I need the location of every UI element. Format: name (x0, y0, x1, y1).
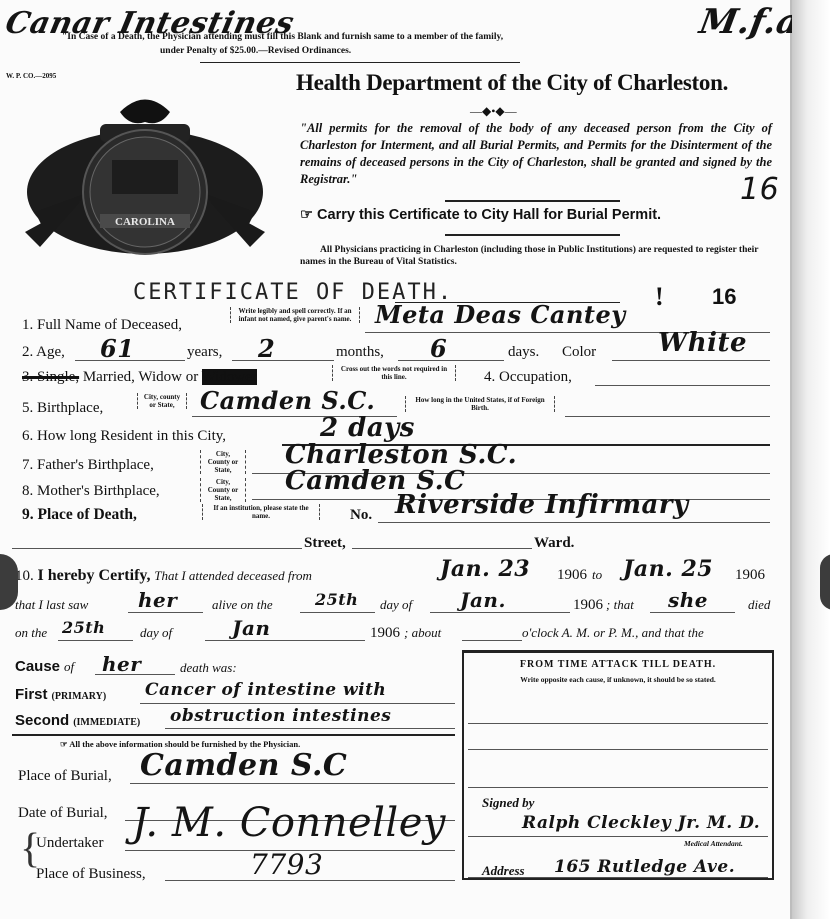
attended-from-date[interactable]: Jan. 23 (440, 556, 530, 582)
physicians-notice: All Physicians practicing in Charleston … (300, 244, 776, 268)
cause-label-row: Cause of (15, 658, 74, 676)
last-seen-month[interactable]: Jan. (460, 588, 506, 612)
time-attack-box: FROM TIME ATTACK TILL DEATH. Write oppos… (462, 650, 774, 880)
second-cause-label: Second (IMMEDIATE) (15, 712, 140, 730)
us-residence-hint: How long in the United States, if of For… (405, 396, 555, 412)
place-of-death-hint: If an institution, please state the name… (202, 504, 320, 520)
marital-rest: Married, Widow or (83, 369, 198, 385)
certify-text-2: that I last saw (15, 597, 88, 613)
age-years-value[interactable]: 61 (100, 334, 134, 363)
father-birthplace-label: 7. Father's Birthplace, (22, 457, 154, 474)
certify-heading: I hereby Certify, (38, 567, 151, 584)
pronoun-2[interactable]: she (668, 588, 708, 612)
first-cause-line (140, 703, 455, 704)
day-of-text-1: day of (380, 597, 412, 613)
residence-value[interactable]: 2 days (320, 413, 415, 443)
second-cause-line (165, 728, 455, 729)
year-2: 1906 (735, 567, 765, 584)
marital-hint: Cross out the words not required in this… (332, 365, 456, 381)
cause-of: of (64, 659, 74, 674)
attended-to-date[interactable]: Jan. 25 (623, 556, 713, 582)
box-line-2 (468, 749, 768, 750)
certify-text-1: That I attended deceased from (154, 568, 312, 583)
carry-rule (445, 234, 620, 236)
ward-line (352, 548, 532, 549)
notice-rule (200, 62, 520, 63)
penalty-notice-line2: under Penalty of $25.00.—Revised Ordinan… (160, 46, 351, 56)
first-cause-value[interactable]: Cancer of intestine with (145, 680, 386, 700)
city-seal-icon: CAROLINA (20, 82, 270, 268)
year-1: 1906 (557, 567, 587, 584)
mother-birthplace-hint: City, County or State, (200, 478, 246, 502)
signed-by-label: Signed by (482, 795, 534, 811)
burial-date-label: Date of Burial, (18, 805, 108, 822)
years-label: years, (187, 344, 222, 361)
cause-divider (12, 734, 455, 736)
quote-rule (445, 200, 620, 202)
last-seen-day-line (300, 612, 375, 613)
us-residence-line (565, 416, 770, 417)
occupation-line (595, 385, 770, 386)
permits-quote: "All permits for the removal of the body… (300, 120, 772, 188)
burial-place-line (130, 783, 455, 784)
death-day-line (58, 640, 133, 641)
box-line-3 (468, 787, 768, 788)
pronoun1-line (128, 612, 203, 613)
box-line-4 (468, 836, 768, 837)
died-text: died (748, 597, 770, 613)
full-name-hint: Write legibly and spell correctly. If an… (230, 307, 360, 323)
day-of-text-2: day of (140, 625, 172, 641)
death-day[interactable]: 25th (62, 618, 105, 637)
carry-notice-text: Carry this Certificate to City Hall for … (317, 207, 661, 223)
burial-place-label: Place of Burial, (18, 768, 112, 785)
second-cause-value[interactable]: obstruction intestines (170, 706, 391, 726)
signature-role: Medical Attendant. (684, 839, 743, 848)
about-text: ; about (404, 625, 441, 641)
box-heading: FROM TIME ATTACK TILL DEATH. (464, 659, 772, 670)
place-of-death-value[interactable]: Riverside Infirmary (395, 490, 689, 520)
first-cause-label: First (PRIMARY) (15, 686, 106, 704)
place-of-death-line (378, 522, 770, 523)
number-label: No. (350, 507, 372, 524)
widower-struck: Widower (202, 369, 257, 385)
scan-edge (792, 0, 830, 919)
months-label: months, (336, 344, 384, 361)
single-struck: 3. Single, (22, 369, 79, 385)
death-month[interactable]: Jan (232, 616, 270, 640)
to-label: to (592, 567, 602, 583)
first-label: First (15, 686, 48, 703)
clock-line (462, 640, 522, 641)
penalty-notice-line1: "In Case of a Death, the Physician atten… (62, 32, 503, 42)
burial-place-value[interactable]: Camden S.C (140, 748, 347, 783)
father-birthplace-hint: City, County or State, (200, 450, 246, 474)
that-text: ; that (606, 597, 634, 613)
residence-label: 6. How long Resident in this City, (22, 428, 226, 445)
next-page-handle[interactable] (820, 554, 830, 610)
last-seen-month-line (430, 612, 570, 613)
ward-label: Ward. (534, 535, 574, 552)
box-subheading: Write opposite each cause, if unknown, i… (482, 675, 754, 684)
cause-pronoun[interactable]: her (102, 652, 141, 676)
birthplace-value[interactable]: Camden S.C. (200, 386, 375, 415)
street-line (12, 548, 302, 549)
physician-signature[interactable]: Ralph Cleckley Jr. M. D. (522, 813, 760, 833)
box-line-5 (468, 877, 768, 878)
color-line (612, 360, 770, 361)
birthplace-label: 5. Birthplace, (22, 400, 103, 417)
death-month-line (205, 640, 365, 641)
pointing-hand-icon: ☞ (300, 207, 313, 223)
certify-text-3: on the (15, 625, 47, 641)
year-4: 1906 (370, 625, 400, 642)
birthplace-hint: City, county or State, (137, 393, 187, 409)
second-sublabel: (IMMEDIATE) (73, 717, 140, 728)
death-certificate-page: Canar Intestines M.f.a. "In Case of a De… (0, 0, 792, 919)
mother-birthplace-label: 8. Mother's Birthplace, (22, 483, 160, 500)
color-value[interactable]: White (658, 328, 747, 358)
carry-notice: ☞ Carry this Certificate to City Hall fo… (300, 207, 661, 223)
death-was-label: death was: (180, 660, 237, 676)
color-label: Color (562, 344, 596, 361)
last-seen-day[interactable]: 25th (315, 590, 358, 609)
business-value[interactable]: 7793 (250, 848, 323, 881)
full-name-value[interactable]: Meta Deas Cantey (375, 300, 626, 329)
full-name-label: 1. Full Name of Deceased, (22, 317, 182, 334)
address-value[interactable]: 165 Rutledge Ave. (554, 857, 735, 877)
pronoun2-line (650, 612, 735, 613)
year-3: 1906 (573, 597, 603, 614)
certificate-number: 16 (712, 284, 736, 310)
days-label: days. (508, 344, 539, 361)
age-days-value[interactable]: 6 (430, 334, 447, 363)
first-sublabel: (PRIMARY) (52, 691, 107, 702)
clock-text: o'clock A. M. or P. M., and that the (522, 625, 704, 641)
street-label: Street, (304, 535, 346, 552)
undertaker-label: Undertaker (36, 835, 103, 852)
alive-text: alive on the (212, 597, 273, 613)
department-title: Health Department of the City of Charles… (296, 70, 728, 96)
business-label: Place of Business, (36, 866, 146, 883)
occupation-label: 4. Occupation, (484, 369, 572, 386)
marital-label: 3. Single, Married, Widow or Widower (22, 369, 257, 386)
handwritten-number: 16 (740, 172, 779, 207)
place-of-death-label: 9. Place of Death, (22, 506, 137, 524)
certify-line-1: 10. I hereby Certify, That I attended de… (15, 567, 312, 585)
form-code: W. P. CO.—2095 (6, 72, 56, 80)
svg-text:CAROLINA: CAROLINA (115, 216, 175, 228)
age-months-value[interactable]: 2 (258, 334, 275, 363)
age-months-line (232, 360, 334, 361)
ornament-divider: —◆•◆— (470, 104, 517, 119)
box-line-1 (468, 723, 768, 724)
cause-label: Cause (15, 658, 60, 675)
age-label: 2. Age, (22, 344, 65, 361)
certificate-mark: ! (655, 282, 664, 312)
pronoun-1[interactable]: her (138, 588, 177, 612)
age-days-line (398, 360, 504, 361)
pointing-hand-icon: ☞ (60, 739, 68, 749)
undertaker-value[interactable]: J. M. Connelley (132, 800, 446, 846)
second-label: Second (15, 712, 69, 729)
